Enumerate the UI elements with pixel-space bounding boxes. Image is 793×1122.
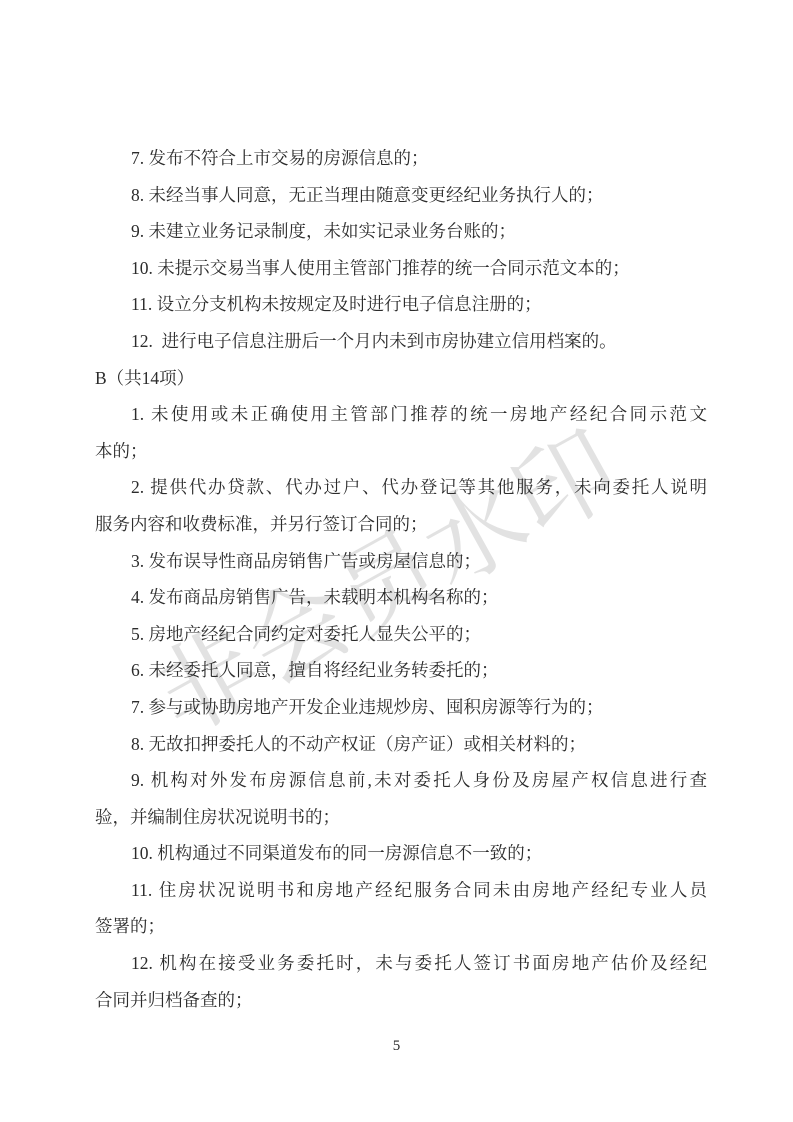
section-b-heading: B（共14项） [95, 360, 707, 397]
list-a-item-line: 9. 未建立业务记录制度，未如实记录业务台账的； [95, 213, 707, 250]
list-b-item-line: 服务内容和收费标准，并另行签订合同的； [95, 506, 707, 543]
list-b-item-line: 7. 参与或协助房地产开发企业违规炒房、囤积房源等行为的； [95, 689, 707, 726]
page-number: 5 [0, 1034, 793, 1058]
list-a-item-line: 8. 未经当事人同意，无正当理由随意变更经纪业务执行人的； [95, 177, 707, 214]
list-b-item-line: 5. 房地产经纪合同约定对委托人显失公平的； [95, 616, 707, 653]
document-body: 7. 发布不符合上市交易的房源信息的；8. 未经当事人同意，无正当理由随意变更经… [95, 140, 707, 1018]
list-b-item-line: 11. 住房状况说明书和房地产经纪服务合同未由房地产经纪专业人员 [95, 872, 707, 909]
list-b-item-line: 本的； [95, 433, 707, 470]
document-page: 非会员水印 7. 发布不符合上市交易的房源信息的；8. 未经当事人同意，无正当理… [0, 0, 793, 1122]
list-b-item-line: 8. 无故扣押委托人的不动产权证（房产证）或相关材料的； [95, 726, 707, 763]
list-b-item-line: 验，并编制住房状况说明书的； [95, 799, 707, 836]
list-b-item-line: 合同并归档备查的； [95, 982, 707, 1019]
list-b-item-line: 2. 提供代办贷款、代办过户、代办登记等其他服务，未向委托人说明 [95, 469, 707, 506]
list-a-item-line: 11. 设立分支机构未按规定及时进行电子信息注册的； [95, 286, 707, 323]
list-b-item-line: 6. 未经委托人同意，擅自将经纪业务转委托的； [95, 652, 707, 689]
list-b-item-line: 10. 机构通过不同渠道发布的同一房源信息不一致的； [95, 835, 707, 872]
list-b-item-line: 12. 机构在接受业务委托时，未与委托人签订书面房地产估价及经纪 [95, 945, 707, 982]
list-b-item-line: 签署的； [95, 908, 707, 945]
list-b-item-line: 1. 未使用或未正确使用主管部门推荐的统一房地产经纪合同示范文 [95, 396, 707, 433]
list-b-item-line: 3. 发布误导性商品房销售广告或房屋信息的； [95, 543, 707, 580]
list-b-item-line: 4. 发布商品房销售广告，未载明本机构名称的； [95, 579, 707, 616]
list-a-item-line: 12. 进行电子信息注册后一个月内未到市房协建立信用档案的。 [95, 323, 707, 360]
list-b-item-line: 9. 机构对外发布房源信息前,未对委托人身份及房屋产权信息进行查 [95, 762, 707, 799]
list-a-item-line: 7. 发布不符合上市交易的房源信息的； [95, 140, 707, 177]
list-a-item-line: 10. 未提示交易当事人使用主管部门推荐的统一合同示范文本的； [95, 250, 707, 287]
